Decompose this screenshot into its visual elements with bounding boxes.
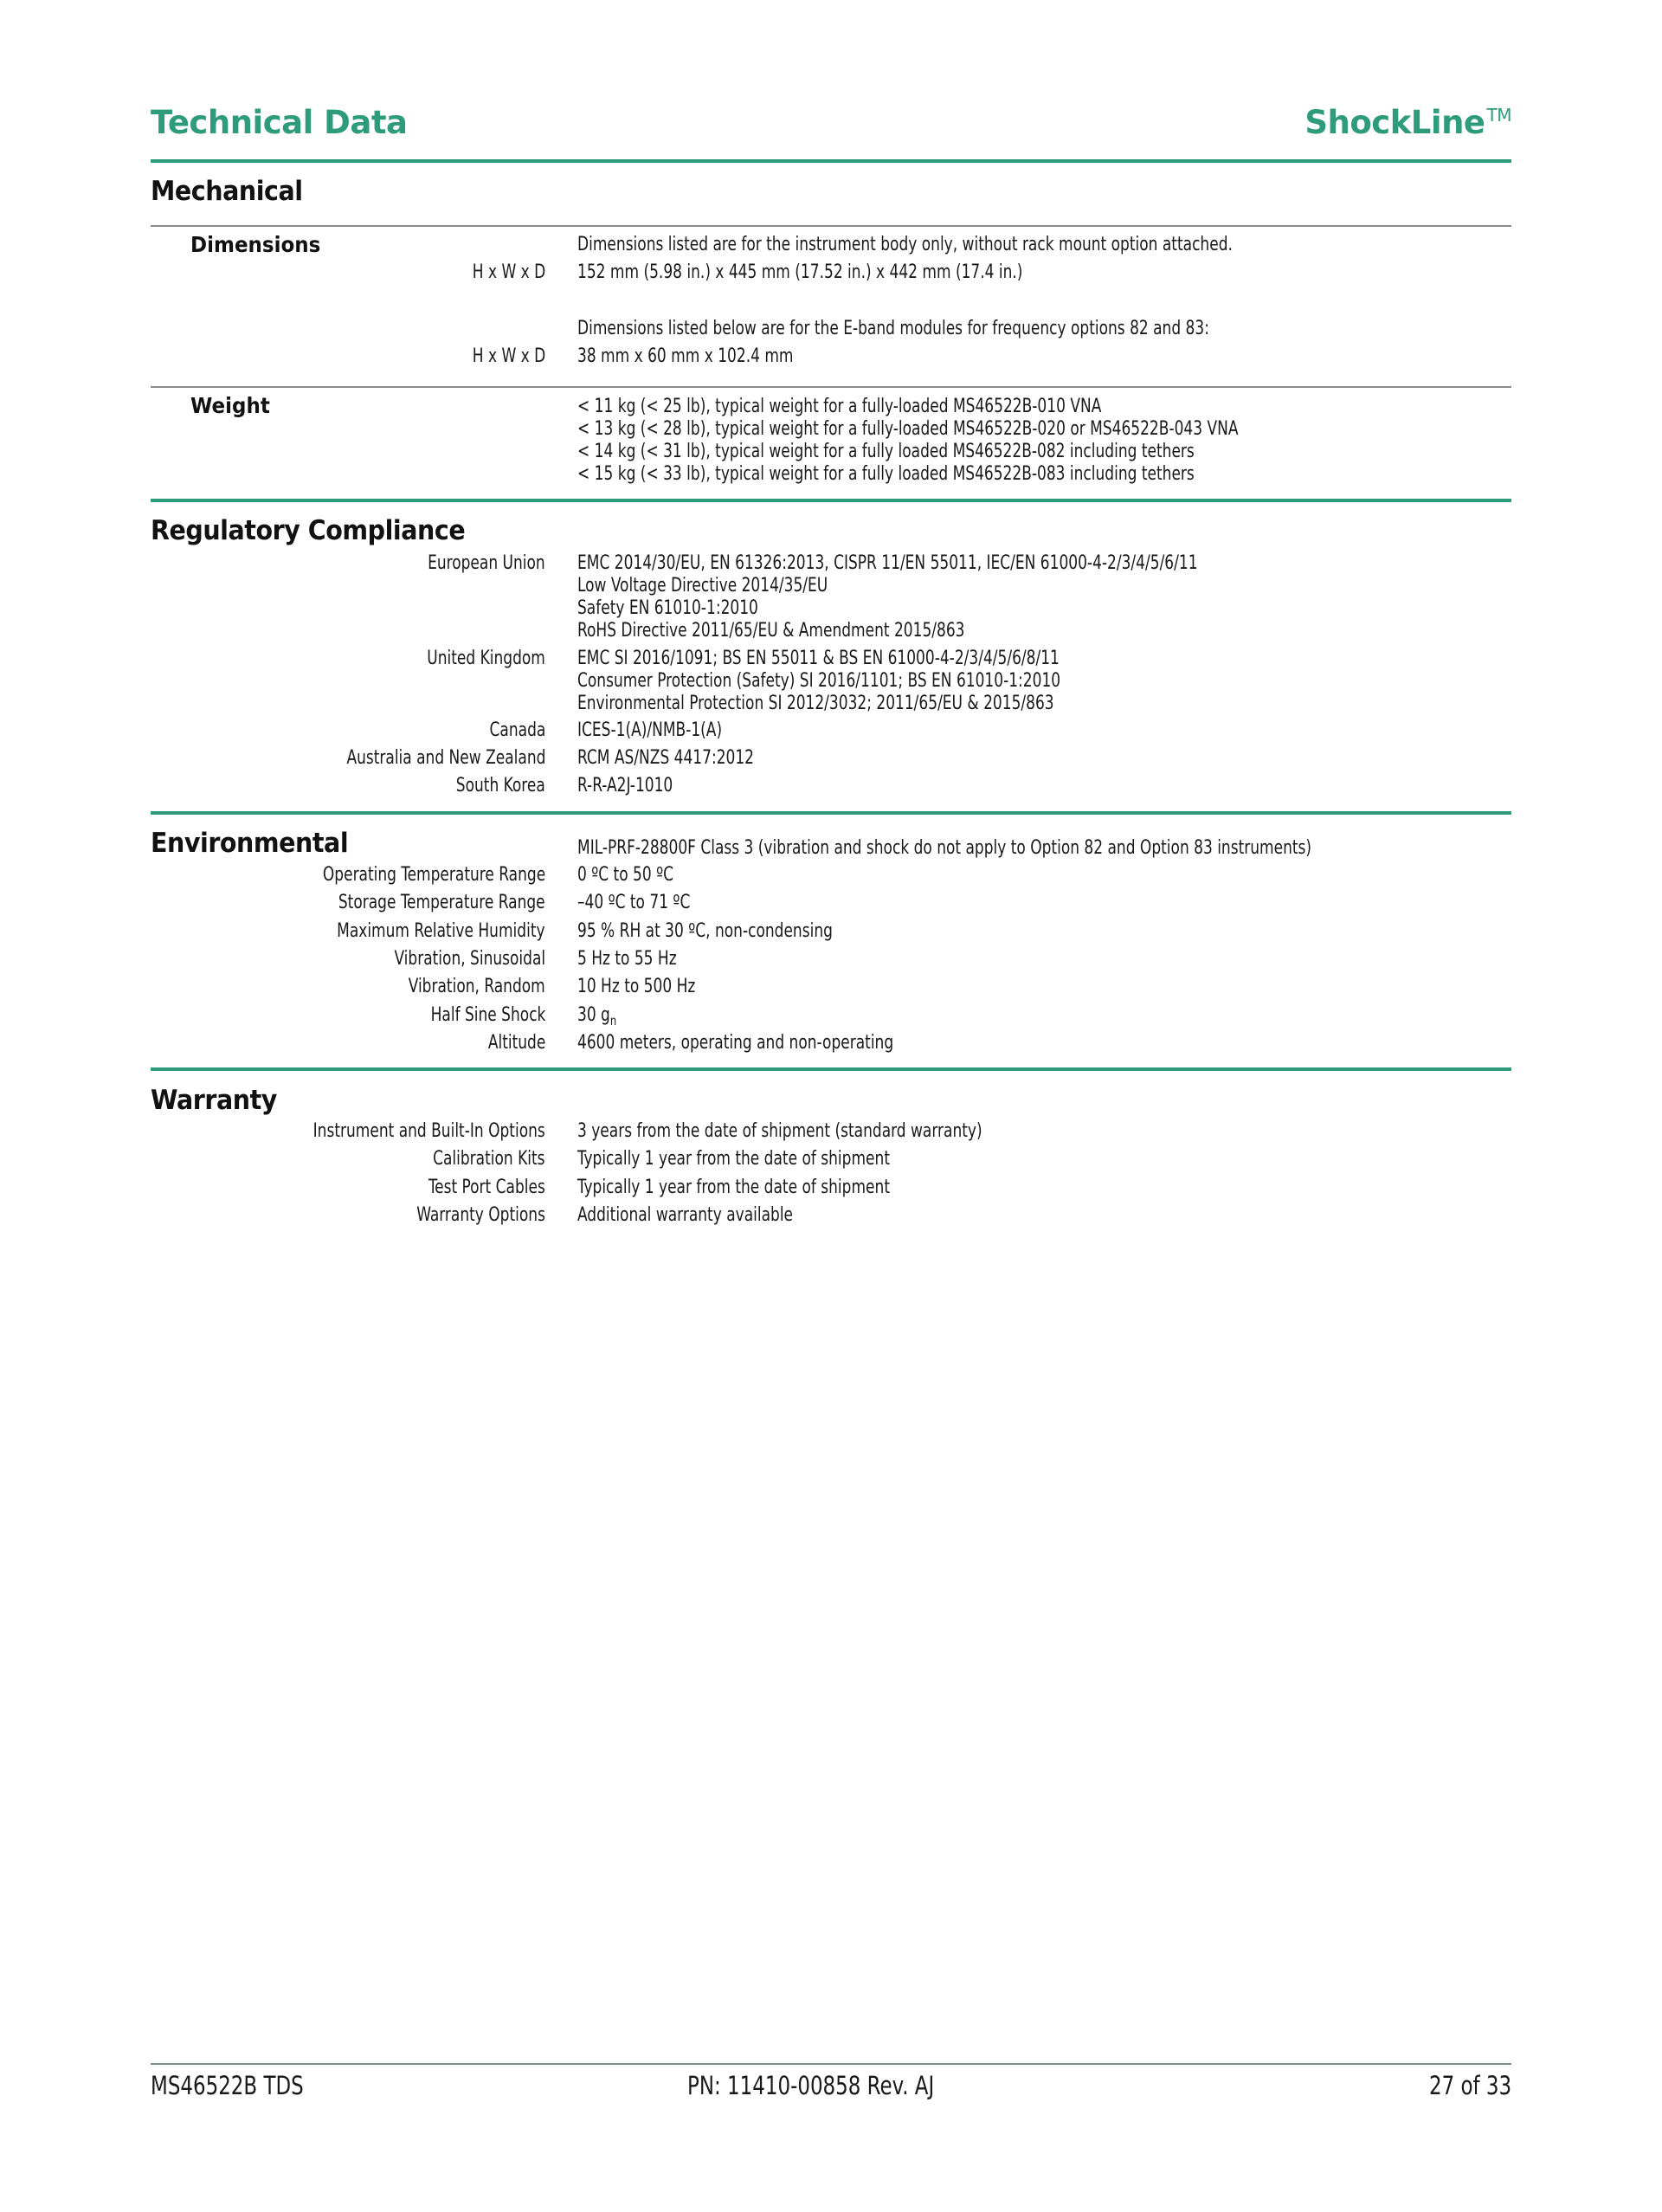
reg-label-uk: United Kingdom <box>408 648 545 670</box>
header-rule <box>151 159 1511 163</box>
dimensions-note-1: Dimensions listed are for the instrument… <box>577 234 1339 256</box>
divider <box>151 225 1511 227</box>
warranty-row-value: 3 years from the date of shipment (stand… <box>577 1120 1048 1143</box>
warranty-row-label: Test Port Cables <box>409 1177 545 1199</box>
reg-label-korea: South Korea <box>441 775 545 797</box>
env-row-value: 0 ºC to 50 ºC <box>577 864 689 887</box>
footer-doc-name: MS46522B TDS <box>151 2071 325 2100</box>
hwd-label-1: H x W x D <box>461 261 545 284</box>
reg-label-eu: European Union <box>409 552 545 575</box>
reg-values-uk: EMC SI 2016/1091; BS EN 55011 & BS EN 61… <box>577 648 1139 715</box>
env-row-label: Storage Temperature Range <box>305 892 545 914</box>
warranty-row-label: Warranty Options <box>396 1204 545 1227</box>
env-row-label: Half Sine Shock <box>412 1004 545 1027</box>
section-rule <box>151 811 1511 815</box>
env-row-label: Altitude <box>479 1032 545 1054</box>
warranty-row-value: Typically 1 year from the date of shipme… <box>577 1177 941 1199</box>
section-title-warranty: Warranty <box>151 1085 277 1116</box>
section-title-mechanical: Mechanical <box>151 176 303 207</box>
datasheet-page: Technical Data ShockLineTM Mechanical Di… <box>151 0 1511 2212</box>
reg-label-canada: Canada <box>480 719 545 742</box>
reg-value-canada: ICES-1(A)/NMB-1(A) <box>577 719 745 742</box>
env-row-value: 5 Hz to 55 Hz <box>577 948 692 971</box>
section-rule <box>151 1067 1511 1071</box>
divider <box>151 386 1511 388</box>
hwd-label-2: H x W x D <box>461 345 545 368</box>
weight-label: Weight <box>190 393 270 418</box>
hwd-value-1: 152 mm (5.98 in.) x 445 mm (17.52 in.) x… <box>577 261 1095 284</box>
reg-value-korea: R-R-A2J-1010 <box>577 775 688 797</box>
env-row-value: –40 ºC to 71 ºC <box>577 892 709 914</box>
env-row-label: Maximum Relative Humidity <box>303 920 545 943</box>
dimensions-label: Dimensions <box>190 232 320 257</box>
section-title-regulatory: Regulatory Compliance <box>151 515 465 546</box>
env-row-label: Operating Temperature Range <box>287 864 545 887</box>
reg-values-eu: EMC 2014/30/EU, EN 61326:2013, CISPR 11/… <box>577 552 1298 642</box>
warranty-row-value: Additional warranty available <box>577 1204 828 1227</box>
section-title-environmental: Environmental <box>151 828 348 859</box>
env-row-value: 30 gn <box>577 1004 623 1032</box>
warranty-row-label: Instrument and Built-In Options <box>275 1120 545 1143</box>
reg-value-anz: RCM AS/NZS 4417:2012 <box>577 747 783 770</box>
warranty-row-label: Calibration Kits <box>415 1148 545 1170</box>
brand-text: ShockLine <box>1304 104 1485 141</box>
dimensions-note-2: Dimensions listed below are for the E-ba… <box>577 318 1312 340</box>
env-row-label: Vibration, Random <box>386 976 545 998</box>
page-title: Technical Data <box>151 104 408 141</box>
page-header: Technical Data ShockLineTM <box>151 104 1511 152</box>
footer-page-number: 27 of 33 <box>1418 2071 1511 2100</box>
reg-label-anz: Australia and New Zealand <box>314 747 545 770</box>
footer-rule <box>151 2063 1511 2065</box>
env-row-label: Vibration, Sinusoidal <box>370 948 545 971</box>
warranty-row-value: Typically 1 year from the date of shipme… <box>577 1148 941 1170</box>
weight-values: < 11 kg (< 25 lb), typical weight for a … <box>577 396 1346 486</box>
env-intro: MIL-PRF-28800F Class 3 (vibration and sh… <box>577 837 1431 860</box>
hwd-value-2: 38 mm x 60 mm x 102.4 mm <box>577 345 828 368</box>
section-rule <box>151 499 1511 502</box>
env-row-value: 4600 meters, operating and non-operating <box>577 1032 945 1054</box>
env-row-value: 95 % RH at 30 ºC, non-condensing <box>577 920 874 943</box>
footer-part-number: PN: 11410-00858 Rev. AJ <box>687 2071 968 2100</box>
trademark-mark: TM <box>1487 105 1511 126</box>
env-row-value: 10 Hz to 500 Hz <box>577 976 715 998</box>
brand-name: ShockLineTM <box>1304 104 1511 141</box>
